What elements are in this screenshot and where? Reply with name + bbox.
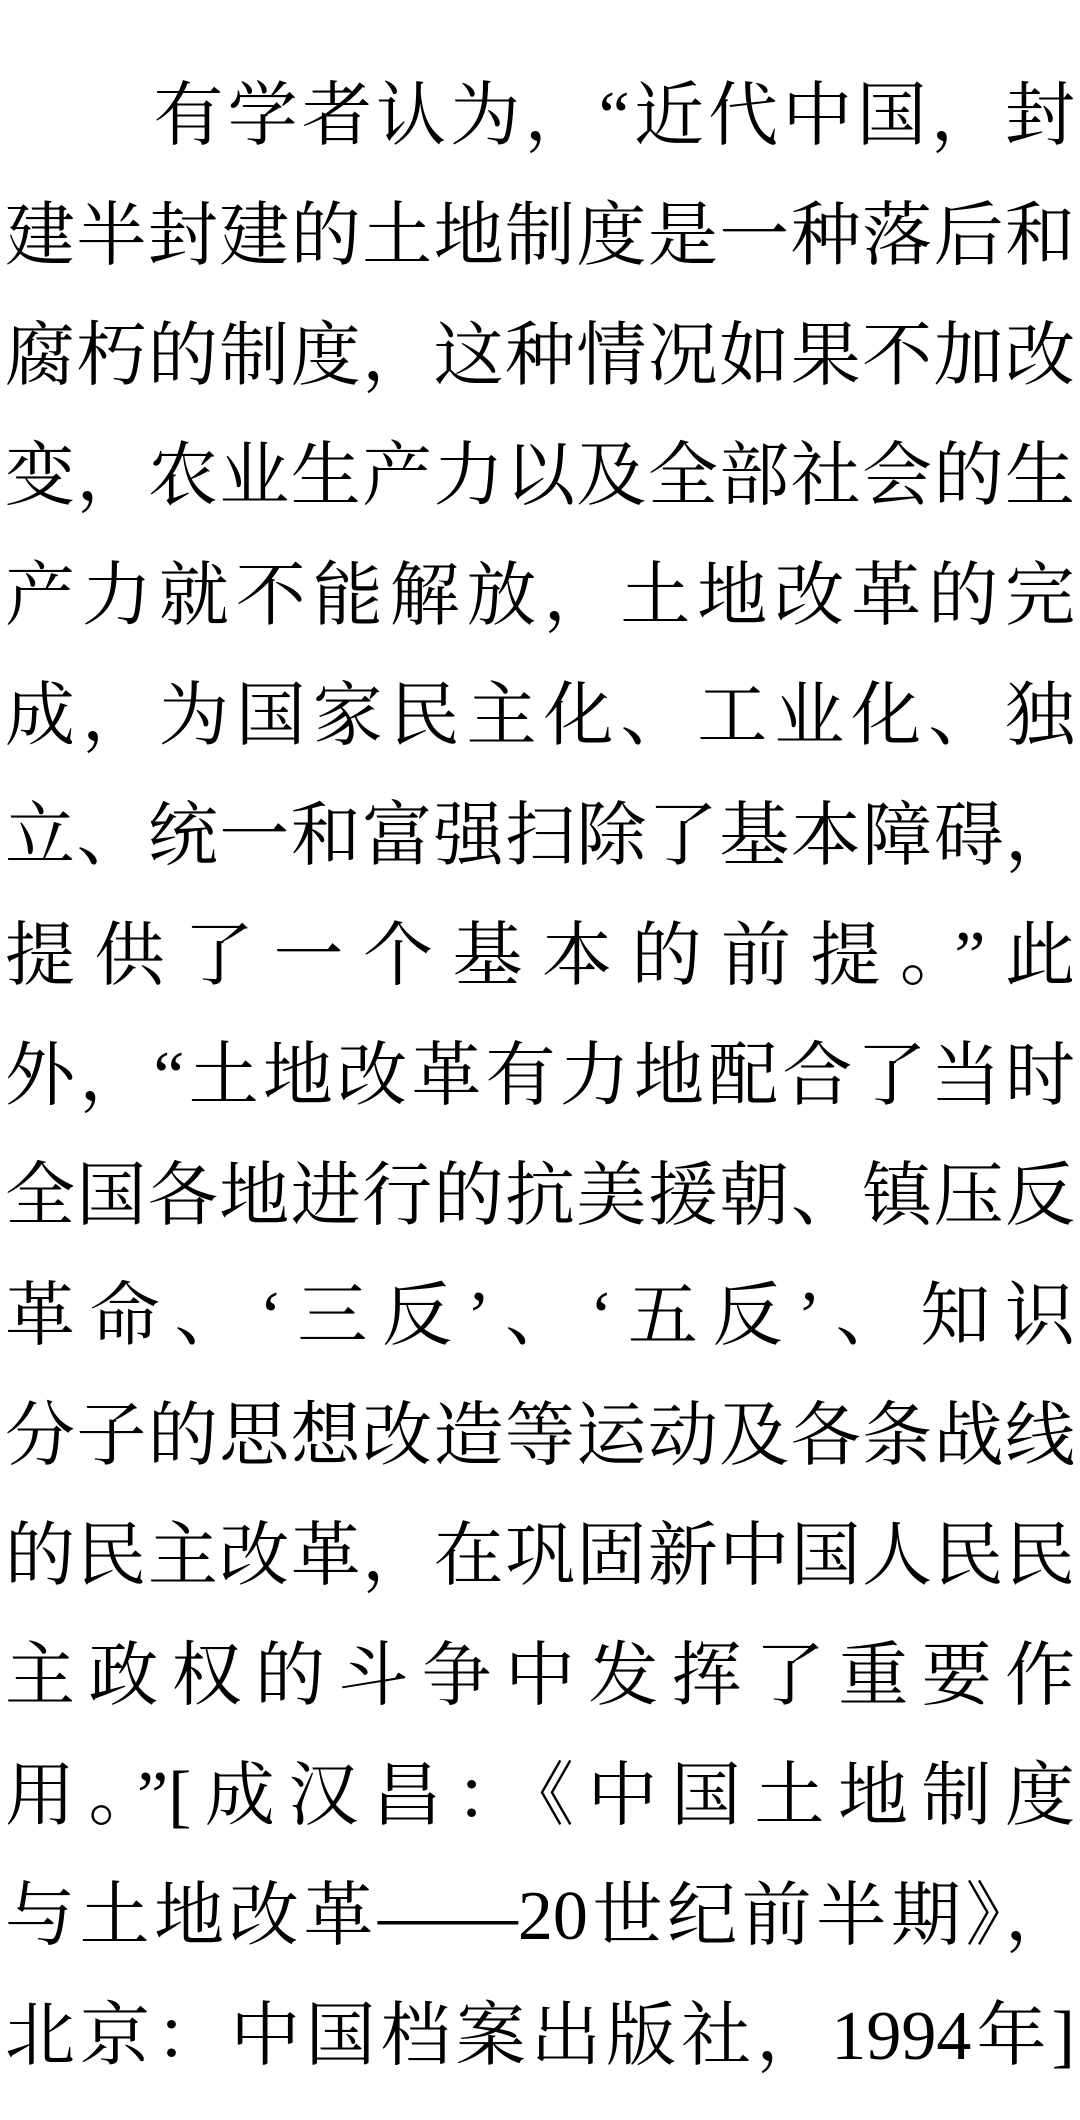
text-line: 全国各地进行的抗美援朝、镇压反 <box>5 1137 1075 1257</box>
text-line: 与土地改革——20世纪前半期》， <box>5 1857 1075 1977</box>
text-line: 提供了一个基本的前提。”此 <box>5 897 1075 1017</box>
text-line: 用。”[成汉昌：《中国土地制度 <box>5 1737 1075 1857</box>
text-line: 分子的思想改造等运动及各条战线 <box>5 1377 1075 1497</box>
text-line: 变，农业生产力以及全部社会的生 <box>5 417 1075 537</box>
text-line: 成，为国家民主化、工业化、独 <box>5 657 1075 777</box>
text-line: 主政权的斗争中发挥了重要作 <box>5 1617 1075 1737</box>
text-line: 产力就不能解放，土地改革的完 <box>5 537 1075 657</box>
text-line: 有学者认为，“近代中国，封 <box>5 57 1075 177</box>
text-line: 北京：中国档案出版社，1994年] <box>5 1977 1075 2097</box>
text-line: 革命、‘三反’、‘五反’、知识 <box>5 1257 1075 1377</box>
text-line: 立、统一和富强扫除了基本障碍， <box>5 777 1075 897</box>
text-line: 外，“土地改革有力地配合了当时 <box>5 1017 1075 1137</box>
document-page: 有学者认为，“近代中国，封建半封建的土地制度是一种落后和腐朽的制度，这种情况如果… <box>0 0 1080 2120</box>
text-block: 有学者认为，“近代中国，封建半封建的土地制度是一种落后和腐朽的制度，这种情况如果… <box>5 57 1075 2097</box>
text-line: 的民主改革，在巩固新中国人民民 <box>5 1497 1075 1617</box>
text-line: 腐朽的制度，这种情况如果不加改 <box>5 297 1075 417</box>
text-line: 建半封建的土地制度是一种落后和 <box>5 177 1075 297</box>
